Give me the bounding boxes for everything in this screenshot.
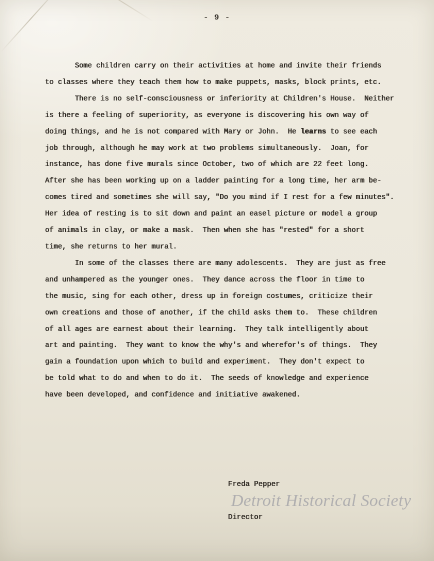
page-number: - 9 - (0, 14, 434, 22)
paper-crease (1, 0, 62, 52)
paragraph-2-end: to see each job through, although he may… (45, 128, 394, 251)
paragraph-2-bold-word: learns (300, 128, 326, 136)
document-body: Some children carry on their activities … (45, 58, 409, 404)
paragraph-3: In some of the classes there are many ad… (45, 259, 386, 399)
paragraph-1: Some children carry on their activities … (45, 62, 381, 86)
signature-title: Director (228, 512, 428, 523)
scanned-document-page: - 9 - Some children carry on their activ… (0, 0, 434, 561)
signature-name: Freda Pepper (228, 479, 428, 490)
archive-watermark: Detroit Historical Society (231, 491, 431, 511)
